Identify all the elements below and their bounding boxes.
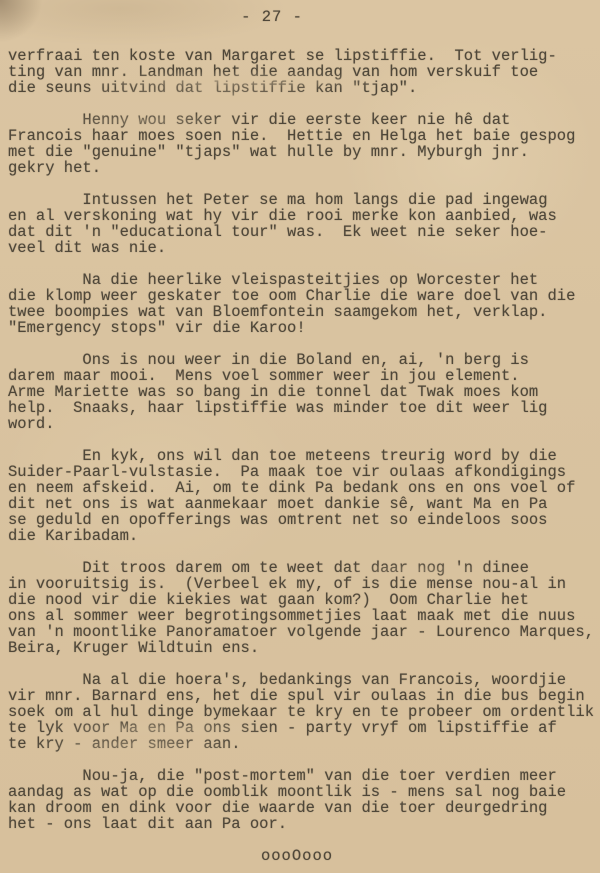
paragraph: Na al die hoera's, bedankings van Franco… <box>8 672 598 752</box>
paragraph: Intussen het Peter se ma hom langs die p… <box>8 192 598 256</box>
footer-ornament: oooOooo <box>0 848 600 864</box>
page-number: - 27 - <box>0 0 600 25</box>
letter-body: verfraai ten koste van Margaret se lipst… <box>0 25 600 832</box>
paragraph: Ons is nou weer in die Boland en, ai, 'n… <box>8 352 598 432</box>
paragraph: Nou-ja, die "post-mortem" van die toer v… <box>8 768 598 832</box>
paragraph: Na die heerlike vleispasteitjies op Worc… <box>8 272 598 336</box>
paragraph: Dit troos darem om te weet dat daar nog … <box>8 560 598 656</box>
document-page: - 27 - verfraai ten koste van Margaret s… <box>0 0 600 873</box>
paragraph: Henny wou seker vir die eerste keer nie … <box>8 112 598 176</box>
paragraph: En kyk, ons wil dan toe meteens treurig … <box>8 448 598 544</box>
paragraph: verfraai ten koste van Margaret se lipst… <box>8 48 598 96</box>
